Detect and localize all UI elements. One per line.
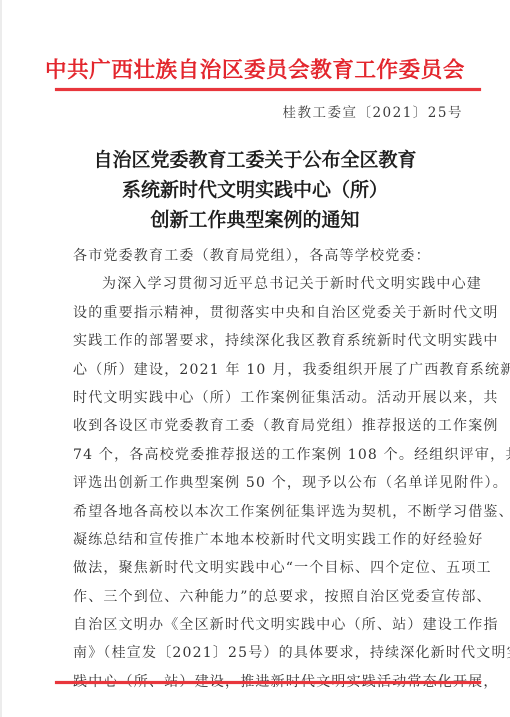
body-text-line: 作、三个到位、六种能力”的总要求，按照自治区党委宣传部、 <box>73 583 465 611</box>
title-line: 自治区党委教育工委关于公布全区教育 <box>0 145 510 175</box>
body-text-line: 收到各设区市党委教育工委（教育局党组）推荐报送的工作案例 <box>73 412 465 440</box>
body-text-line: 希望各地各高校以本次工作案例征集评选为契机，不断学习借鉴、 <box>73 498 465 526</box>
document-title: 自治区党委教育工委关于公布全区教育 系统新时代文明实践中心（所） 创新工作典型案… <box>0 145 510 235</box>
body-text-line: 做法，聚焦新时代文明实践中心“一个目标、四个定位、五项工 <box>73 554 465 582</box>
body-text-line: 设的重要指示精神，贯彻落实中央和自治区党委关于新时代文明 <box>73 299 465 327</box>
document-number: 桂教工委宣〔2021〕25号 <box>282 101 463 121</box>
body-text-line: 凝练总结和宣传推广本地本校新时代文明实践工作的好经验好 <box>73 526 465 554</box>
body-text-line: 自治区文明办《全区新时代文明实践中心（所、站）建设工作指 <box>73 611 465 639</box>
body-text-line: 为深入学习贯彻习近平总书记关于新时代文明实践中心建 <box>73 270 465 298</box>
issuing-organization-header: 中共广西壮族自治区委员会教育工作委员会 <box>0 53 510 84</box>
footer-red-divider <box>55 681 481 684</box>
document-body: 各市党委教育工委（教育局党组），各高等学校党委： 为深入学习贯彻习近平总书记关于… <box>73 242 465 696</box>
title-line: 创新工作典型案例的通知 <box>0 205 510 235</box>
page-left-edge <box>0 0 2 717</box>
body-text-line: 心（所）建设，2021 年 10 月，我委组织开展了广西教育系统新 <box>73 356 465 384</box>
body-text-line: 评选出创新工作典型案例 50 个，现予以公布（名单详见附件）。 <box>73 469 465 497</box>
body-text-line: 实践工作的部署要求，持续深化我区教育系统新时代文明实践中 <box>73 327 465 355</box>
title-line: 系统新时代文明实践中心（所） <box>0 175 510 205</box>
body-text-line: 南》（桂宣发〔2021〕25号）的具体要求，持续深化新时代文明实 <box>73 639 465 667</box>
body-text-line: 74 个，各高校党委推荐报送的工作案例 108 个。经组织评审，共 <box>73 441 465 469</box>
header-red-divider <box>55 88 481 91</box>
salutation: 各市党委教育工委（教育局党组），各高等学校党委： <box>73 242 465 270</box>
body-text-line: 时代文明实践中心（所）工作案例征集活动。活动开展以来，共 <box>73 384 465 412</box>
